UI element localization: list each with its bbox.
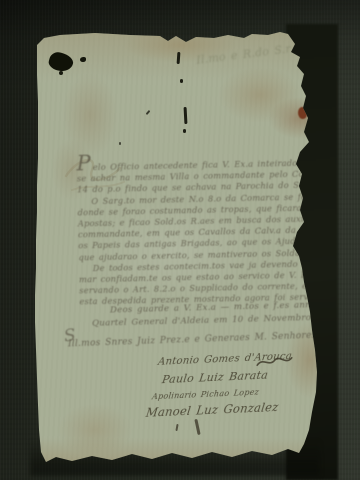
fold-ink-mark: [184, 107, 188, 124]
fold-ink-mark: [177, 52, 180, 64]
dateline: Quartel General d'Aldeia em 10 de Novemb…: [92, 313, 302, 328]
signature-paulo: Paulo Luiz Barata: [161, 369, 269, 387]
signature-manoel: Manoel Luz Gonzalez: [145, 400, 279, 420]
letter-body: Pelo Officio antecedente fica V. Ex.a in…: [76, 155, 305, 308]
signature-apolinario: Apolinario Pichao Lopez: [151, 388, 259, 402]
fold-ink-mark: [183, 129, 186, 133]
stray-speck: [146, 110, 151, 115]
ink-blot-dot: [80, 57, 86, 62]
signature-rubric: [256, 354, 295, 371]
faint-inscription: Il.mo e R.do S.r: [196, 42, 292, 67]
signature-tick-mark: [194, 419, 200, 435]
addressee-line: Ill.mos Snres Juiz Prez.e e Generaes M. …: [68, 331, 317, 350]
photo-canvas: Il.mo e R.do S.r Pelo Officio antecedent…: [0, 0, 360, 480]
ink-blot-speck: [59, 71, 63, 75]
fold-ink-mark: [180, 79, 183, 83]
signature-tick-mark: [175, 424, 178, 431]
